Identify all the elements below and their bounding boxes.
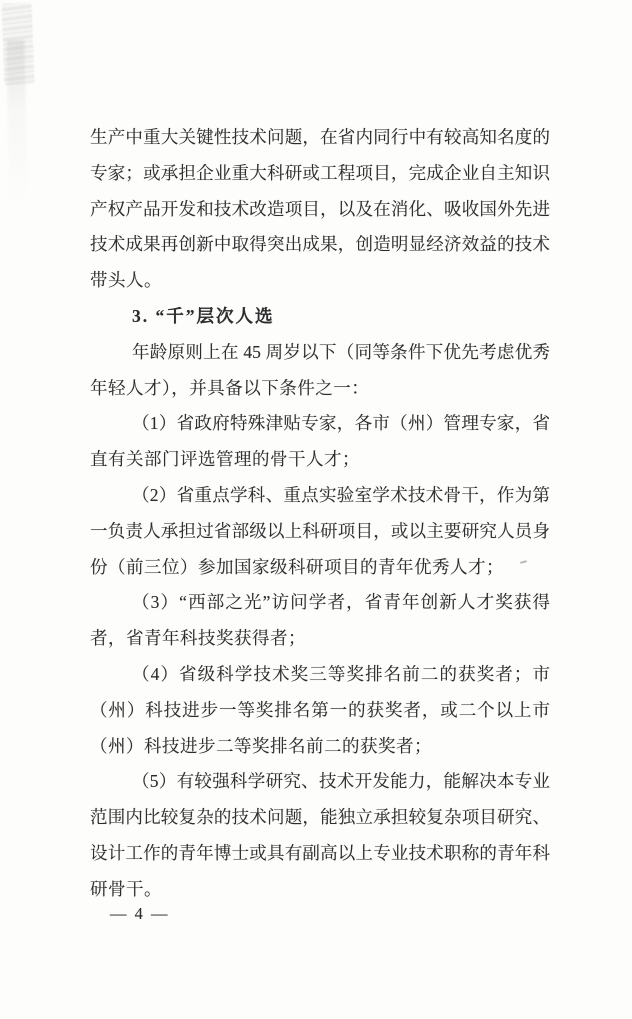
scan-smudge-artifact-faint	[6, 40, 27, 220]
text-line: 产权产品开发和技术改造项目，以及在消化、吸收国外先进	[90, 192, 550, 228]
list-item-4: （4）省级科学技术奖三等奖排名前二的获奖者；市 （州）科技进步一等奖排名第一的获…	[90, 657, 550, 764]
paragraph-tech-leader-continued: 生产中重大关键性技术问题，在省内同行中有较高知名度的 专家；或承担企业重大科研或…	[90, 120, 550, 299]
text-line: （4）省级科学技术奖三等奖排名前二的获奖者；市	[90, 657, 550, 693]
text-line: （2）省重点学科、重点实验室学术技术骨干，作为第	[90, 478, 550, 514]
list-item-5: （5）有较强科学研究、技术开发能力，能解决本专业 范围内比较复杂的技术问题，能独…	[90, 764, 550, 907]
section-heading-text: 3. “千”层次人选	[90, 299, 550, 335]
text-line: 一负责人承担过省部级以上科研项目，或以主要研究人员身	[90, 514, 550, 550]
text-line: （1）省政府特殊津贴专家，各市（州）管理专家，省	[90, 406, 550, 442]
text-line: 技术成果再创新中取得突出成果，创造明显经济效益的技术	[90, 227, 550, 263]
document-body: 生产中重大关键性技术问题，在省内同行中有较高知名度的 专家；或承担企业重大科研或…	[90, 120, 550, 908]
text-line: （州）科技进步一等奖排名第一的获奖者，或二个以上市	[90, 693, 550, 729]
text-line: 专家；或承担企业重大科研或工程项目，完成企业自主知识	[90, 156, 550, 192]
text-line: 份（前三位）参加国家级科研项目的青年优秀人才；	[90, 550, 550, 586]
page-number: — 4 —	[110, 902, 170, 926]
text-line: 范围内比较复杂的技术问题，能独立承担较复杂项目研究、	[90, 800, 550, 836]
list-item-1: （1）省政府特殊津贴专家，各市（州）管理专家，省 直有关部门评选管理的骨干人才；	[90, 406, 550, 478]
list-item-2: （2）省重点学科、重点实验室学术技术骨干，作为第 一负责人承担过省部级以上科研项…	[90, 478, 550, 585]
paragraph-age-requirement: 年龄原则上在 45 周岁以下（同等条件下优先考虑优秀 年轻人才），并具备以下条件…	[90, 335, 550, 407]
text-line: 者，省青年科技奖获得者；	[90, 621, 550, 657]
list-item-3: （3）“西部之光”访问学者，省青年创新人才奖获得 者，省青年科技奖获得者；	[90, 585, 550, 657]
text-line: 直有关部门评选管理的骨干人才；	[90, 442, 550, 478]
scanned-document-page: 生产中重大关键性技术问题，在省内同行中有较高知名度的 专家；或承担企业重大科研或…	[0, 0, 632, 1019]
section-heading-qian-level: 3. “千”层次人选	[90, 299, 550, 335]
text-line: （州）科技进步二等奖排名前二的获奖者；	[90, 729, 550, 765]
text-line: 设计工作的青年博士或具有副高以上专业技术职称的青年科	[90, 836, 550, 872]
text-line: 带头人。	[90, 263, 550, 299]
text-line: （5）有较强科学研究、技术开发能力，能解决本专业	[90, 764, 550, 800]
text-line: 年轻人才），并具备以下条件之一：	[90, 371, 550, 407]
text-line: 年龄原则上在 45 周岁以下（同等条件下优先考虑优秀	[90, 335, 550, 371]
text-line: 生产中重大关键性技术问题，在省内同行中有较高知名度的	[90, 120, 550, 156]
text-line: （3）“西部之光”访问学者，省青年创新人才奖获得	[90, 585, 550, 621]
